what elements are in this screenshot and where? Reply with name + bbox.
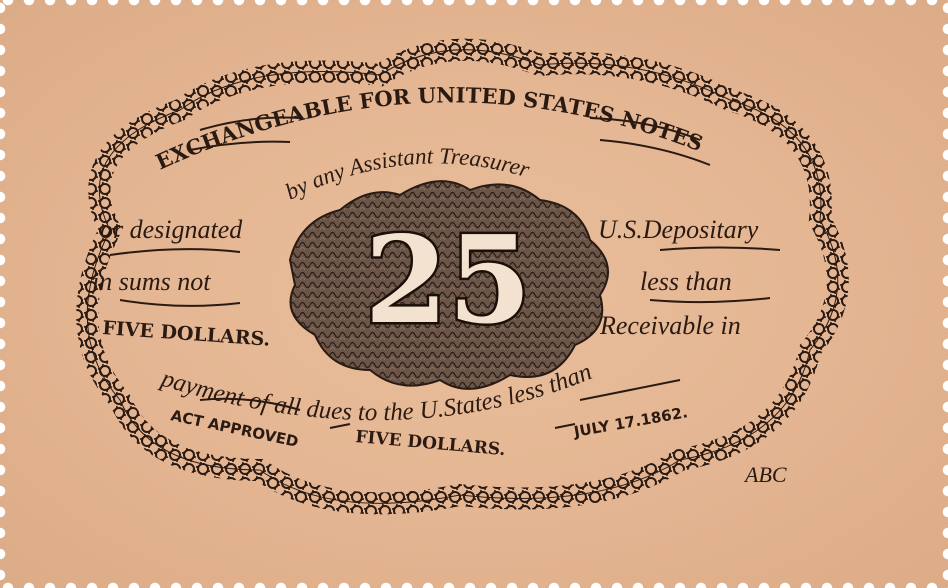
- left-line-2: in sums not: [92, 267, 211, 296]
- right-line-3: Receivable in: [599, 311, 741, 340]
- act-date: JULY 17.1862.: [572, 403, 689, 441]
- bottom-five-dollars: FIVE DOLLARS.: [355, 427, 507, 460]
- fractional-currency-note: EXCHANGEABLE FOR UNITED STATES NOTES by …: [0, 0, 948, 588]
- denomination: 25: [365, 210, 532, 351]
- right-line-1: U.S.Depositary: [598, 215, 759, 244]
- note-engraving: EXCHANGEABLE FOR UNITED STATES NOTES by …: [0, 0, 948, 588]
- left-five-dollars: FIVE DOLLARS.: [102, 317, 271, 351]
- engraver-monogram: ABC: [743, 462, 787, 487]
- right-line-2: less than: [640, 267, 732, 296]
- left-line-1: or designated: [100, 215, 243, 244]
